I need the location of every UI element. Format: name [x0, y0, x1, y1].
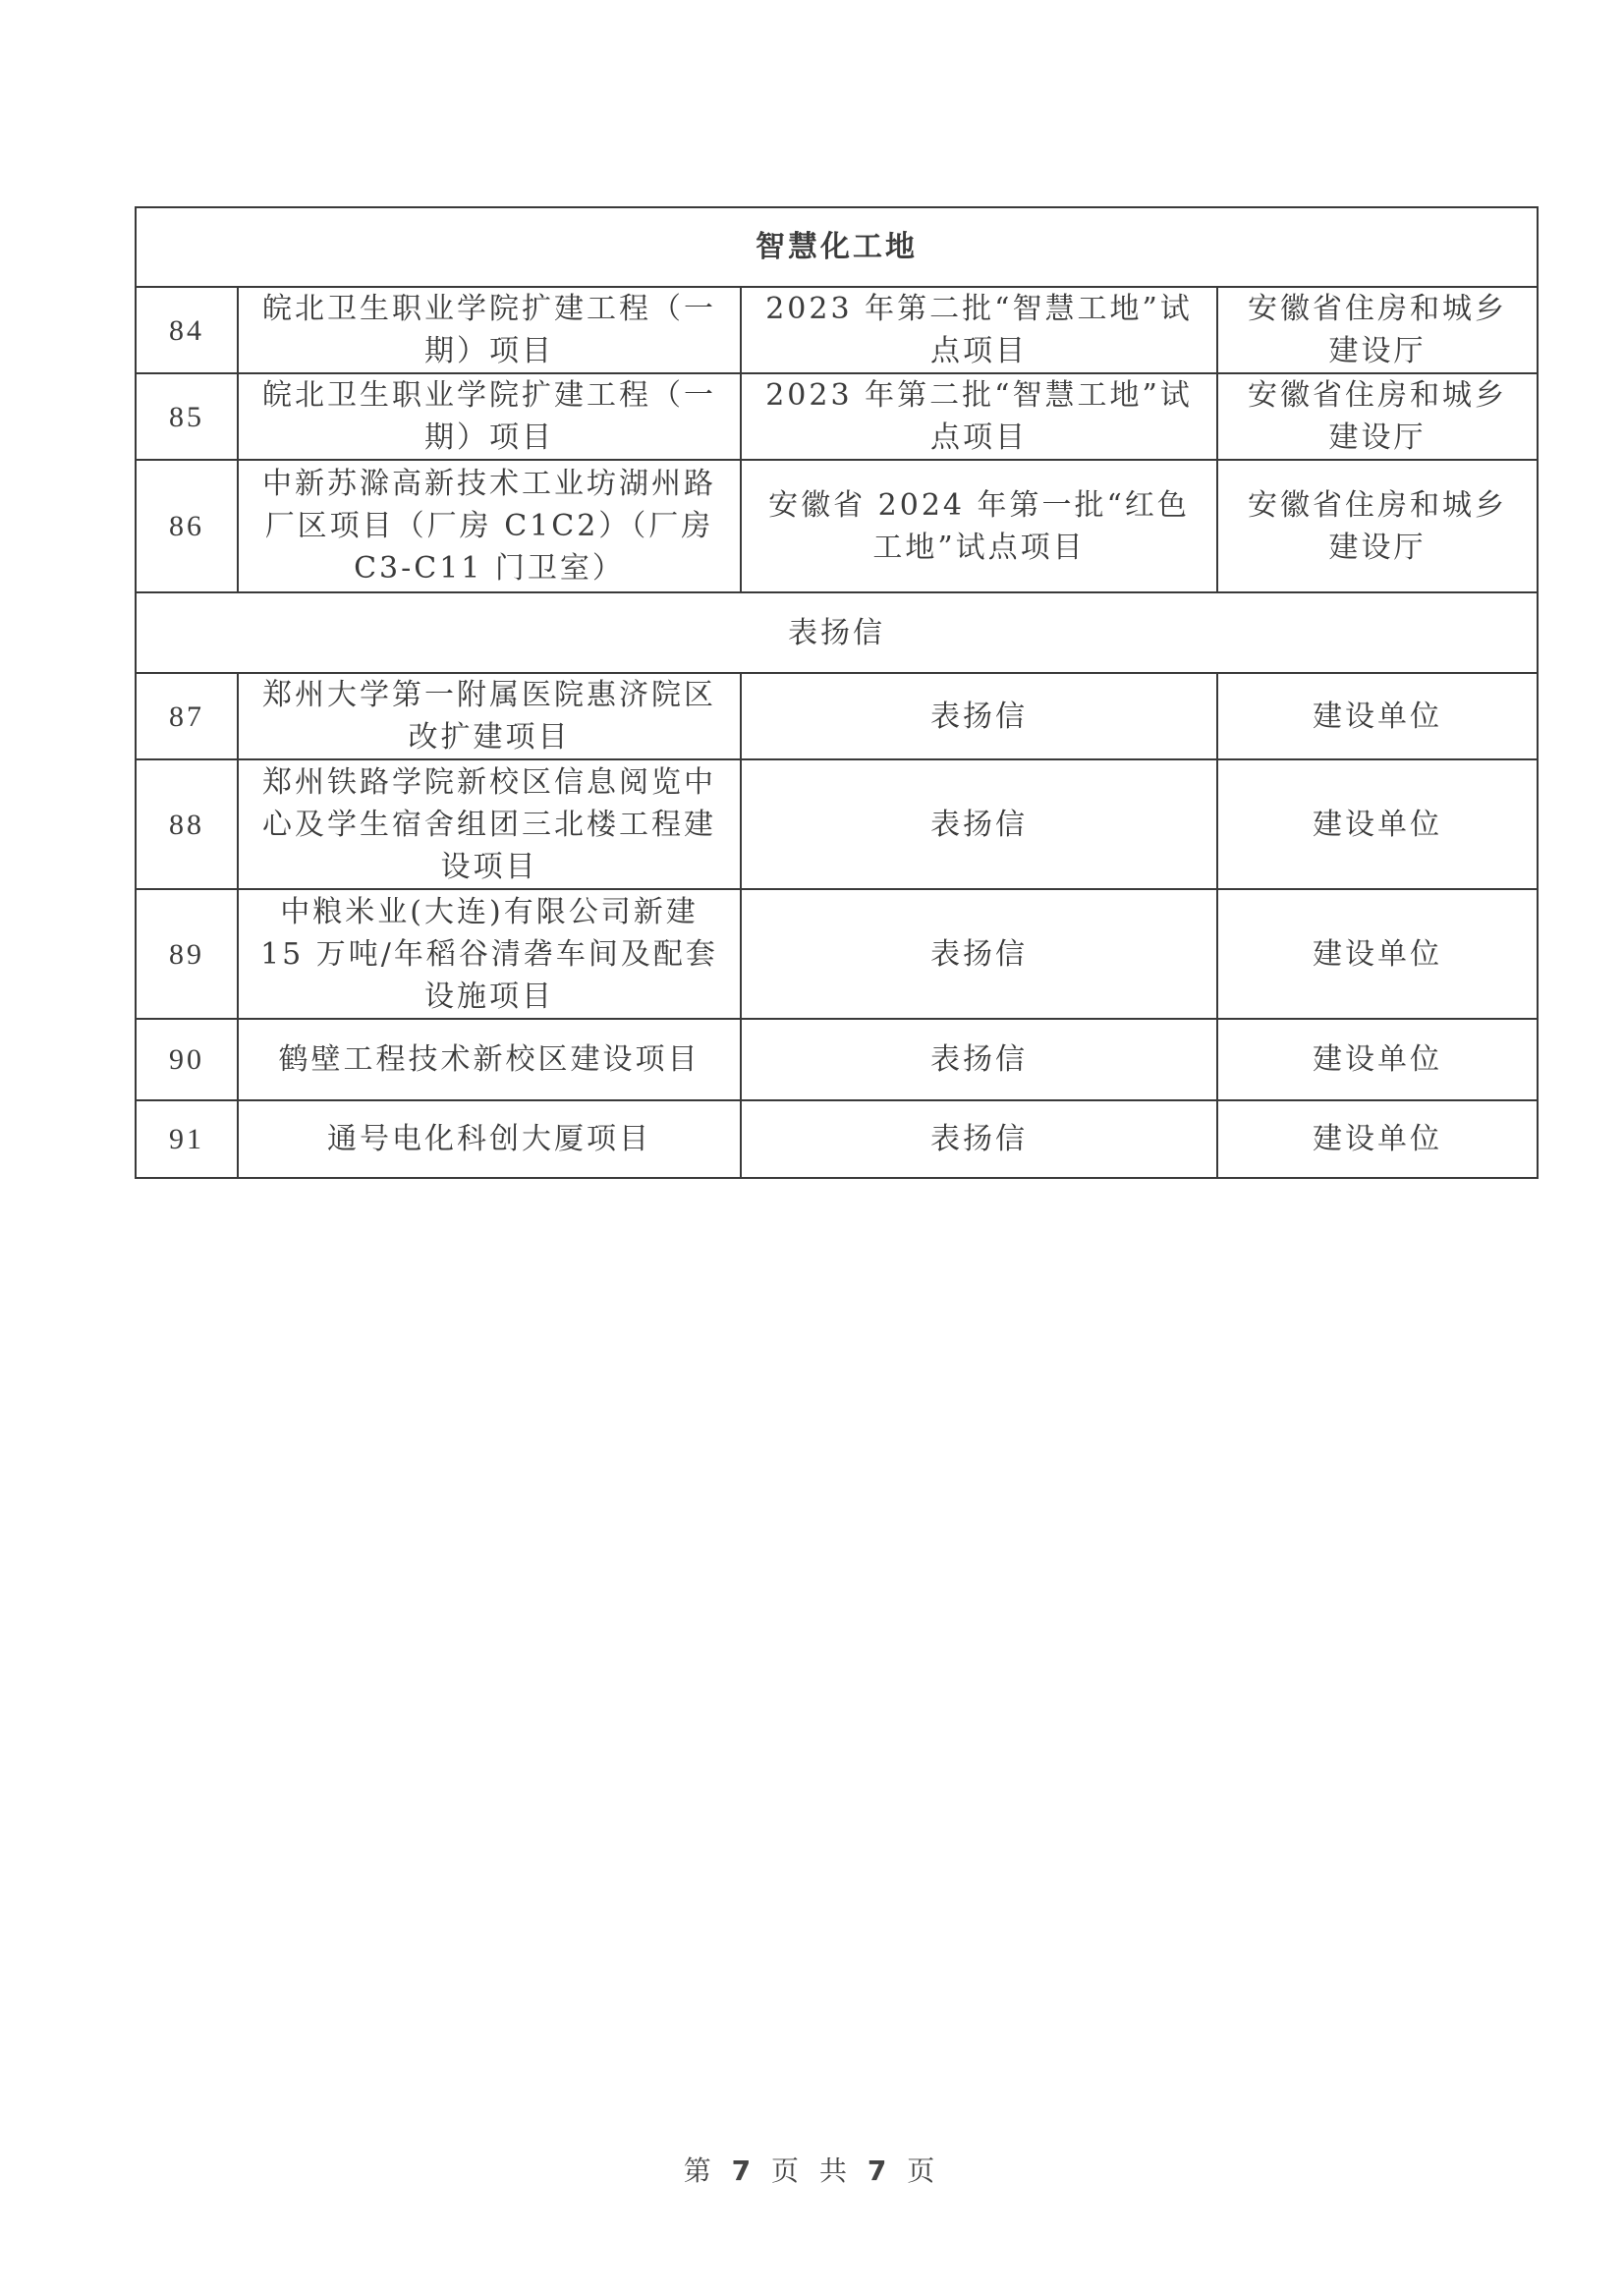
issuing-authority: 建设单位	[1217, 1100, 1538, 1178]
row-number: 88	[136, 759, 238, 889]
footer-prefix: 第	[684, 2155, 717, 2187]
project-name: 郑州铁路学院新校区信息阅览中心及学生宿舍组团三北楼工程建设项目	[238, 759, 741, 889]
table-row: 88 郑州铁路学院新校区信息阅览中心及学生宿舍组团三北楼工程建设项目 表扬信 建…	[136, 759, 1538, 889]
project-name: 中粮米业(大连)有限公司新建 15 万吨/年稻谷清砻车间及配套设施项目	[238, 889, 741, 1019]
honor-name: 表扬信	[741, 673, 1217, 759]
section-title: 表扬信	[136, 592, 1538, 673]
table-row: 84 皖北卫生职业学院扩建工程（一期）项目 2023 年第二批“智慧工地”试点项…	[136, 287, 1538, 373]
honor-name: 表扬信	[741, 1100, 1217, 1178]
honor-name: 安徽省 2024 年第一批“红色工地”试点项目	[741, 460, 1217, 592]
project-name: 郑州大学第一附属医院惠济院区改扩建项目	[238, 673, 741, 759]
footer-middle: 页 共	[771, 2155, 853, 2187]
section-header-row: 智慧化工地	[136, 207, 1538, 287]
issuing-authority: 安徽省住房和城乡建设厅	[1217, 287, 1538, 373]
section-title: 智慧化工地	[136, 207, 1538, 287]
honor-name: 表扬信	[741, 759, 1217, 889]
table-row: 85 皖北卫生职业学院扩建工程（一期）项目 2023 年第二批“智慧工地”试点项…	[136, 373, 1538, 460]
project-name: 皖北卫生职业学院扩建工程（一期）项目	[238, 373, 741, 460]
table-row: 86 中新苏滁高新技术工业坊湖州路厂区项目（厂房 C1C2）（厂房 C3-C11…	[136, 460, 1538, 592]
total-page-count: 7	[868, 2155, 892, 2187]
issuing-authority: 安徽省住房和城乡建设厅	[1217, 373, 1538, 460]
table-row: 91 通号电化科创大厦项目 表扬信 建设单位	[136, 1100, 1538, 1178]
row-number: 84	[136, 287, 238, 373]
page-footer: 第 7 页 共 7 页	[0, 2150, 1624, 2189]
project-name: 通号电化科创大厦项目	[238, 1100, 741, 1178]
table-row: 87 郑州大学第一附属医院惠济院区改扩建项目 表扬信 建设单位	[136, 673, 1538, 759]
row-number: 87	[136, 673, 238, 759]
issuing-authority: 建设单位	[1217, 1019, 1538, 1100]
row-number: 89	[136, 889, 238, 1019]
honor-name: 表扬信	[741, 889, 1217, 1019]
table-row: 89 中粮米业(大连)有限公司新建 15 万吨/年稻谷清砻车间及配套设施项目 表…	[136, 889, 1538, 1019]
honor-name: 2023 年第二批“智慧工地”试点项目	[741, 373, 1217, 460]
project-name: 鹤壁工程技术新校区建设项目	[238, 1019, 741, 1100]
issuing-authority: 安徽省住房和城乡建设厅	[1217, 460, 1538, 592]
row-number: 91	[136, 1100, 238, 1178]
footer-suffix: 页	[907, 2155, 940, 2187]
row-number: 85	[136, 373, 238, 460]
honors-table: 智慧化工地 84 皖北卫生职业学院扩建工程（一期）项目 2023 年第二批“智慧…	[135, 206, 1539, 1179]
issuing-authority: 建设单位	[1217, 759, 1538, 889]
honor-name: 表扬信	[741, 1019, 1217, 1100]
project-name: 中新苏滁高新技术工业坊湖州路厂区项目（厂房 C1C2）（厂房 C3-C11 门卫…	[238, 460, 741, 592]
issuing-authority: 建设单位	[1217, 889, 1538, 1019]
table-row: 90 鹤壁工程技术新校区建设项目 表扬信 建设单位	[136, 1019, 1538, 1100]
project-name: 皖北卫生职业学院扩建工程（一期）项目	[238, 287, 741, 373]
document-page: 智慧化工地 84 皖北卫生职业学院扩建工程（一期）项目 2023 年第二批“智慧…	[0, 0, 1624, 2295]
current-page-number: 7	[732, 2155, 756, 2187]
section-header-row: 表扬信	[136, 592, 1538, 673]
row-number: 90	[136, 1019, 238, 1100]
row-number: 86	[136, 460, 238, 592]
issuing-authority: 建设单位	[1217, 673, 1538, 759]
honor-name: 2023 年第二批“智慧工地”试点项目	[741, 287, 1217, 373]
